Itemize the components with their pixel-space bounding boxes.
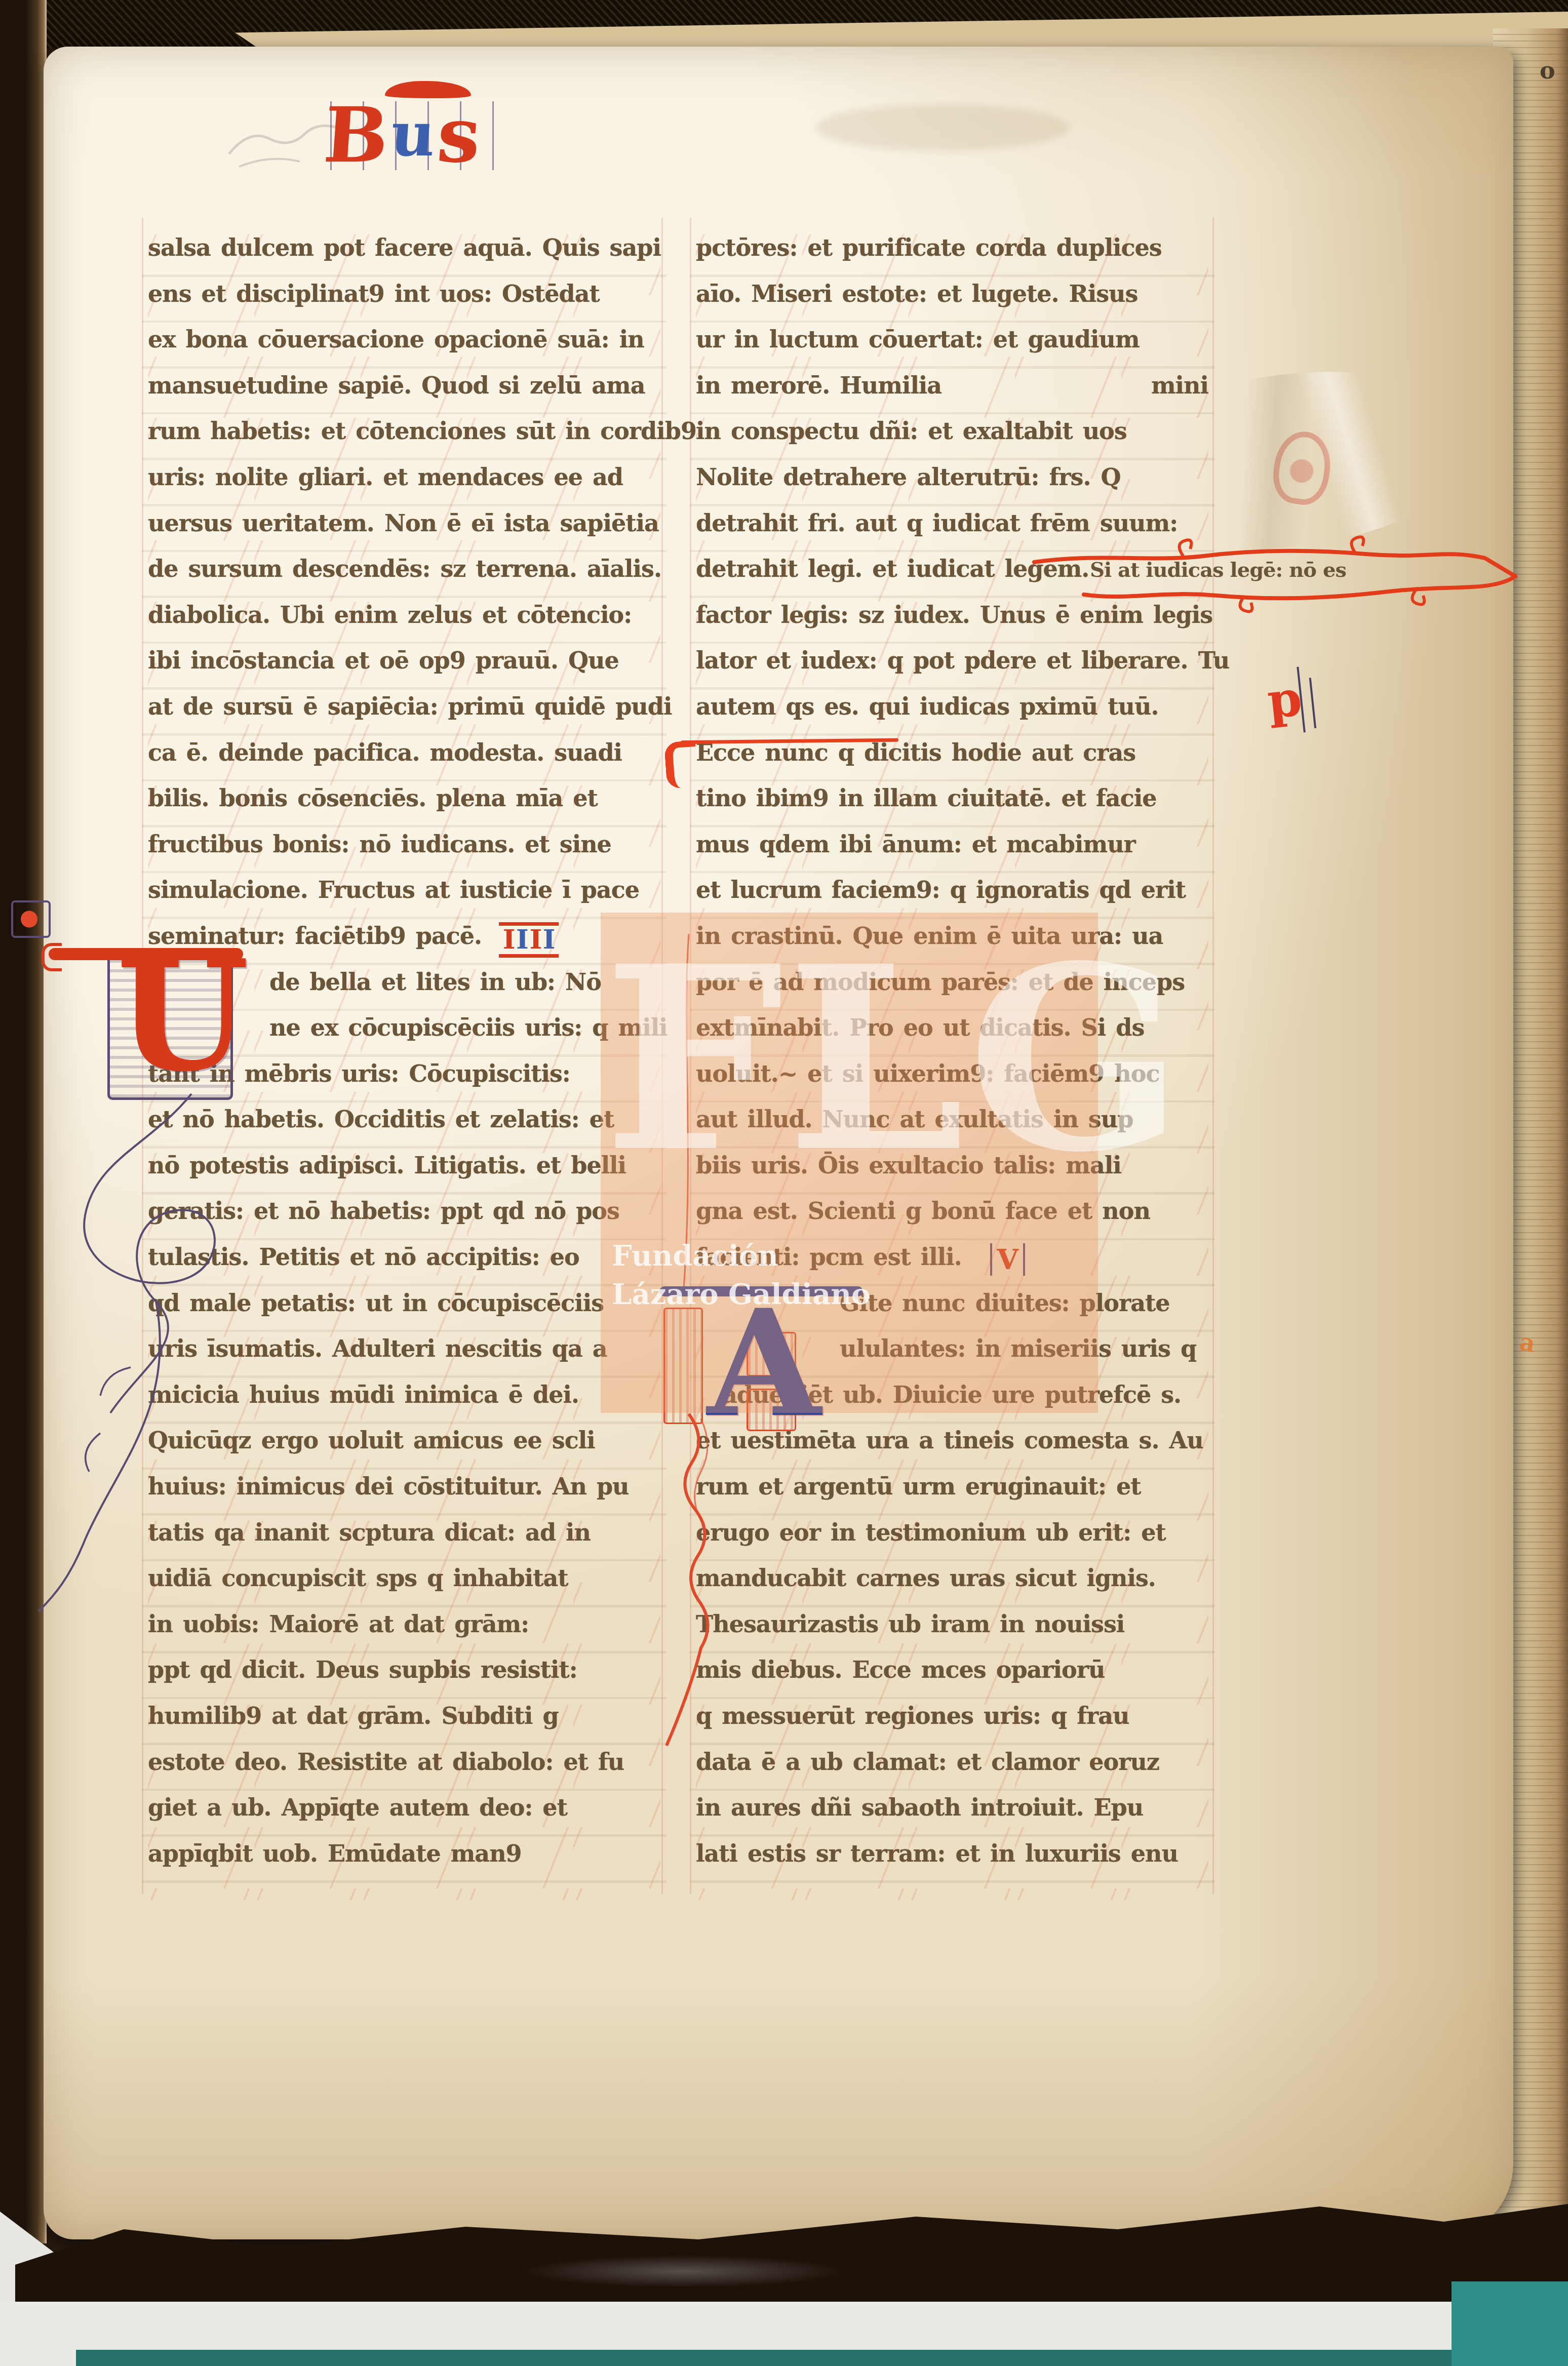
running-title-letter: u bbox=[388, 99, 438, 170]
line-text: giet a ub. Appīqte autem deo: et bbox=[148, 1794, 567, 1821]
line-text: ens et disciplinat9 int uos: Ostēdat bbox=[148, 280, 600, 307]
line-text: ex bona cōuersacione opacionē suā: in bbox=[148, 326, 644, 353]
text-line: ex bona cōuersacione opacionē suā: in bbox=[148, 326, 660, 372]
text-line: rum habetis: et cōtenciones sūt in cordi… bbox=[148, 417, 660, 463]
line-text: de sursum descendēs: sz terrena. aīalis. bbox=[148, 555, 661, 582]
line-text: et lucrum faciem9: q ignoratis qd erit bbox=[696, 876, 1186, 903]
margin-guide-mark bbox=[11, 900, 51, 938]
text-line: in aures dñi sabaoth introiuit. Epu bbox=[696, 1794, 1208, 1840]
text-line: tino ibim9 in illam ciuitatē. et facie bbox=[696, 784, 1208, 831]
line-text: autem qs es. qui iudicas pximū tuū. bbox=[696, 693, 1158, 720]
penwork-flourish-left-margin bbox=[24, 1084, 242, 1641]
line-text: q messuerūt regiones uris: q frau bbox=[696, 1702, 1129, 1729]
paraph-bracket-ecce bbox=[664, 740, 698, 789]
numeral-letter: I bbox=[530, 927, 541, 953]
watermark-name: Fundación Lázaro Galdiano bbox=[612, 1237, 870, 1314]
line-text: uersus ueritatem. Non ē eī ista sapiētia bbox=[148, 509, 659, 537]
running-title-letter: B bbox=[322, 100, 391, 171]
line-text: rum habetis: et cōtenciones sūt in cordi… bbox=[148, 417, 696, 445]
teal-corner-block bbox=[1452, 2281, 1568, 2366]
running-title: B u s bbox=[324, 99, 527, 175]
text-line: Ecce nunc q dicitis hodie aut cras bbox=[696, 739, 1208, 785]
numeral-letter: I bbox=[516, 927, 528, 953]
text-line: uersus ueritatem. Non ē eī ista sapiētia bbox=[148, 509, 660, 556]
text-line: ppt qd dicit. Deus supbis resistit: bbox=[148, 1656, 660, 1702]
line-text: fructibus bonis: nō iudicans. et sine bbox=[148, 831, 611, 858]
ink-offset-stain bbox=[816, 104, 1070, 151]
line-text: Nolite detrahere alterutrū: frs. Q bbox=[696, 463, 1121, 491]
text-line: mus qdem ibi ānum: et mcabimur bbox=[696, 831, 1208, 877]
line-text: uris: nolite gliari. et mendaces ee ad bbox=[148, 463, 623, 491]
text-line: ca ē. deinde pacifica. modesta. suadi bbox=[148, 739, 660, 785]
text-line: lati estis sr terram: et in luxuriis enu bbox=[696, 1840, 1208, 1886]
line-text: mansuetudine sapiē. Quod si zelū ama bbox=[148, 372, 645, 399]
watermark-monogram: FLG bbox=[604, 933, 1095, 1186]
line-text: in conspectu dñi: et exaltabit uos bbox=[696, 417, 1127, 445]
line-text: salsa dulcem pot facere aquā. Quis sapi bbox=[148, 234, 661, 261]
line-text: tino ibim9 in illam ciuitatē. et facie bbox=[696, 784, 1156, 812]
line-text: lati estis sr terram: et in luxuriis enu bbox=[696, 1840, 1178, 1867]
line-text: rum et argentū urm eruginauit: et bbox=[696, 1473, 1141, 1500]
margin-correction-note: Si at iudicas legē: nō es bbox=[1031, 541, 1527, 617]
line-text: lator et iudex: q pot pdere et liberare.… bbox=[696, 647, 1229, 674]
line-text: ur in luctum cōuertat: et gaudium bbox=[696, 326, 1140, 353]
cover-sheen bbox=[456, 2249, 912, 2294]
text-line: diabolica. Ubi enim zelus et cōtencio: bbox=[148, 601, 660, 647]
watermark-name-line1: Fundación bbox=[612, 1237, 870, 1275]
text-line: mansuetudine sapiē. Quod si zelū ama bbox=[148, 372, 660, 418]
text-line: uris: nolite gliari. et mendaces ee ad bbox=[148, 463, 660, 509]
line-text: ppt qd dicit. Deus supbis resistit: bbox=[148, 1656, 577, 1683]
text-line: giet a ub. Appīqte autem deo: et bbox=[148, 1794, 660, 1840]
text-line: ur in luctum cōuertat: et gaudium bbox=[696, 326, 1208, 372]
running-title-letter: s bbox=[435, 100, 483, 171]
line-text: appīqbit uob. Emūdate man9 bbox=[148, 1840, 522, 1867]
text-line: mis diebus. Ecce mces opariorū bbox=[696, 1656, 1208, 1702]
text-line: aīo. Miseri estote: et lugete. Risus bbox=[696, 280, 1208, 326]
line-text: simulacione. Fructus at iusticie ī pace bbox=[148, 876, 639, 903]
line-text: mus qdem ibi ānum: et mcabimur bbox=[696, 831, 1135, 858]
line-text: data ē a ub clamat: et clamor eoruz bbox=[696, 1748, 1159, 1776]
numeral-letter: I bbox=[503, 927, 515, 953]
text-line: lator et iudex: q pot pdere et liberare.… bbox=[696, 647, 1208, 693]
line-text: ca ē. deinde pacifica. modesta. suadi bbox=[148, 739, 622, 766]
text-line: fructibus bonis: nō iudicans. et sine bbox=[148, 831, 660, 877]
line-text: in merorē. Humilia bbox=[696, 372, 942, 399]
line-text: in aures dñi sabaoth introiuit. Epu bbox=[696, 1794, 1143, 1821]
text-line: de sursum descendēs: sz terrena. aīalis. bbox=[148, 555, 660, 601]
line-text: mis diebus. Ecce mces opariorū bbox=[696, 1656, 1105, 1683]
line-text: diabolica. Ubi enim zelus et cōtencio: bbox=[148, 601, 632, 628]
text-line: ens et disciplinat9 int uos: Ostēdat bbox=[148, 280, 660, 326]
initial-U: U bbox=[116, 940, 249, 1092]
text-line: data ē a ub clamat: et clamor eoruz bbox=[696, 1748, 1208, 1794]
line-text: aīo. Miseri estote: et lugete. Risus bbox=[696, 280, 1138, 307]
text-line: in merorē. Humiliamini bbox=[696, 372, 1208, 418]
text-line: autem qs es. qui iudicas pximū tuū. bbox=[696, 693, 1208, 739]
text-line: ibi incōstancia et oē op9 prauū. Que bbox=[148, 647, 660, 693]
text-line: q messuerūt regiones uris: q frau bbox=[696, 1702, 1208, 1748]
line-text: bilis. bonis cōsenciēs. plena mīa et bbox=[148, 784, 598, 812]
manuscript-photo: B u s salsa dulcem pot facere aquā. Quis… bbox=[0, 0, 1568, 2366]
filigree-descender bbox=[658, 1414, 729, 1758]
edge-ink-mark-o: o bbox=[1540, 57, 1555, 84]
line-text: Thesaurizastis ub iram in nouissi bbox=[696, 1610, 1124, 1638]
text-line: at de sursū ē sapiēcia: primū quidē pudi bbox=[148, 693, 660, 739]
text-line: salsa dulcem pot facere aquā. Quis sapi bbox=[148, 234, 660, 280]
line-text: ibi incōstancia et oē op9 prauū. Que bbox=[148, 647, 619, 674]
line-text: humilib9 at dat grām. Subditi g bbox=[148, 1702, 559, 1729]
line-text: pctōres: et purificate corda duplices bbox=[696, 234, 1162, 261]
watermark-overlay: FLG Fundación Lázaro Galdiano bbox=[601, 913, 1098, 1413]
text-line: rum et argentū urm eruginauit: et bbox=[696, 1473, 1208, 1519]
watermark-name-line2: Lázaro Galdiano bbox=[612, 1275, 870, 1314]
line-text: at de sursū ē sapiēcia: primū quidē pudi bbox=[148, 693, 672, 720]
line-text: estote deo. Resistite at diabolo: et fu bbox=[148, 1748, 624, 1776]
line-text: de bella et lites in ub: Nō bbox=[269, 968, 601, 996]
text-line: manducabit carnes uras sicut ignis. bbox=[696, 1564, 1208, 1610]
margin-paraph-p: p bbox=[1265, 670, 1342, 738]
line-text: manducabit carnes uras sicut ignis. bbox=[696, 1564, 1156, 1592]
text-line: humilib9 at dat grām. Subditi g bbox=[148, 1702, 660, 1748]
text-line: bilis. bonis cōsenciēs. plena mīa et bbox=[148, 784, 660, 831]
text-line: appīqbit uob. Emūdate man9 bbox=[148, 1840, 660, 1886]
line-text: erugo eor in testimonium ub erit: et bbox=[696, 1519, 1166, 1546]
text-line: estote deo. Resistite at diabolo: et fu bbox=[148, 1748, 660, 1794]
chapter-numeral: IIII bbox=[499, 922, 559, 958]
text-line: pctōres: et purificate corda duplices bbox=[696, 234, 1208, 280]
text-line: simulacione. Fructus at iusticie ī pace bbox=[148, 876, 660, 922]
teal-edge-strip bbox=[76, 2350, 1454, 2366]
numeral-letter: I bbox=[543, 927, 555, 953]
line-text: detrahit legi. et iudicat legem. bbox=[696, 555, 1089, 582]
text-line: erugo eor in testimonium ub erit: et bbox=[696, 1519, 1208, 1565]
text-line: Thesaurizastis ub iram in nouissi bbox=[696, 1610, 1208, 1657]
correction-text: Si at iudicas legē: nō es bbox=[1090, 558, 1346, 582]
